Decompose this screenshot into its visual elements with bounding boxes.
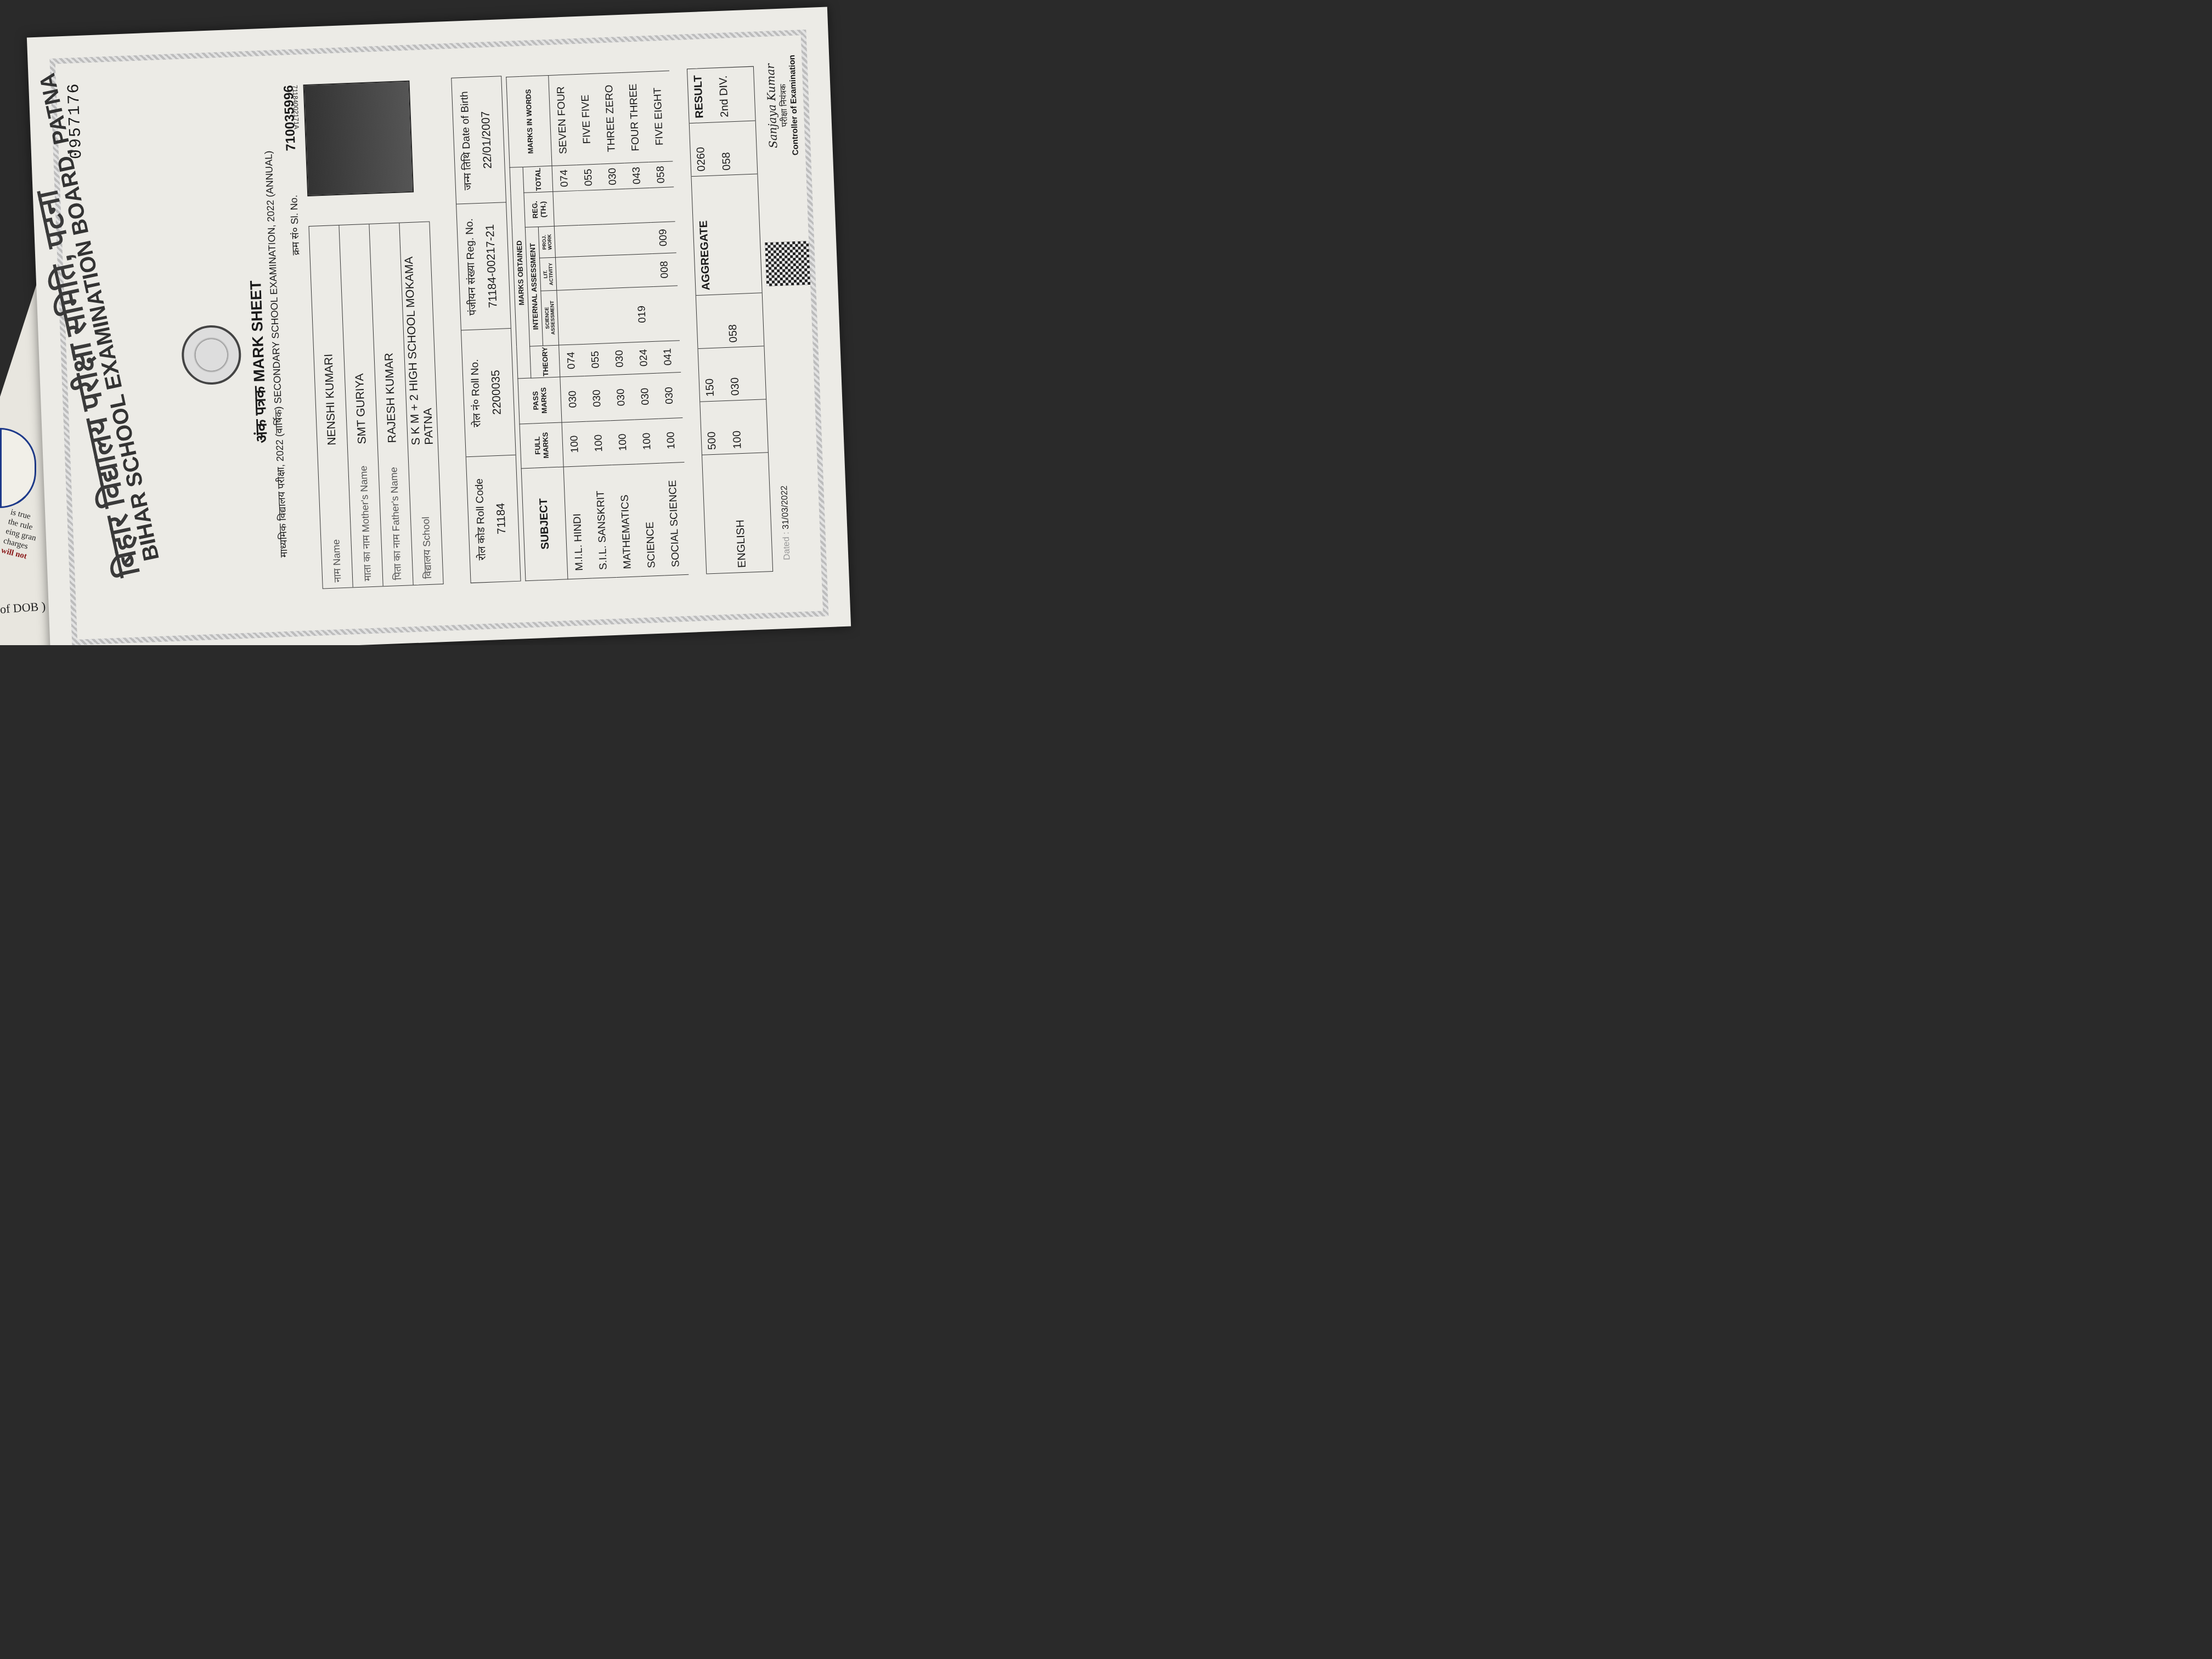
cell-pass: 030 bbox=[584, 375, 610, 421]
date-of-birth: जन्म तिथि Date of Birth22/01/2007 bbox=[452, 76, 506, 204]
cell-words: FIVE EIGHT bbox=[645, 71, 673, 162]
cell-total: 058 bbox=[648, 161, 674, 188]
cell-lit bbox=[604, 255, 629, 288]
cell-full: 100 bbox=[658, 417, 684, 463]
mark-sheet: 0957176 बिहार विद्यालय परीक्षा समिति, पट… bbox=[27, 7, 851, 645]
cell-name: M.I.L. HINDI bbox=[563, 466, 592, 579]
cell-total: 030 bbox=[600, 163, 625, 190]
cell-theory: 030 bbox=[607, 342, 633, 375]
cell-lit bbox=[580, 256, 605, 289]
cell-proj bbox=[627, 222, 652, 255]
cell-sci bbox=[605, 287, 631, 343]
cell-reg bbox=[601, 189, 627, 224]
header-proj: PROJ. WORK bbox=[538, 226, 555, 258]
cell-pass: 030 bbox=[633, 374, 658, 420]
cell-theory: 055 bbox=[583, 343, 608, 376]
cell-words: THREE ZERO bbox=[597, 72, 624, 164]
header-sci-assess: SCIENCE ASSESSMENT bbox=[541, 290, 559, 346]
cell-full: 100 bbox=[562, 421, 588, 467]
english-cell: ENGLISH bbox=[702, 452, 772, 573]
english-theory: 058 bbox=[696, 292, 764, 348]
cell-theory: 024 bbox=[631, 341, 657, 374]
cell-words: FIVE FIVE bbox=[573, 74, 600, 165]
cell-name: S.I.L. SANSKRIT bbox=[588, 465, 617, 579]
cell-name: SCIENCE bbox=[636, 463, 665, 577]
document-content: 0957176 बिहार विद्यालय परीक्षा समिति, पट… bbox=[55, 32, 823, 631]
reg-no: पंजीयन संख्या Reg. No.71184-00217-21 bbox=[456, 202, 511, 330]
cell-reg bbox=[577, 190, 602, 225]
roll-code: रोल कोड Roll Code71184 bbox=[466, 455, 521, 583]
cell-proj bbox=[554, 225, 580, 258]
cell-reg bbox=[553, 191, 579, 226]
aggregate-label: AGGREGATE bbox=[691, 174, 761, 295]
signature-block: Sanjaya Kumar परीक्षा नियंत्रक Controlle… bbox=[763, 55, 800, 157]
cell-words: FOUR THREE bbox=[621, 72, 648, 163]
cell-pass: 030 bbox=[560, 376, 586, 422]
subject-rows: M.I.L. HINDI100030074074SEVEN FOURS.I.L.… bbox=[549, 71, 689, 579]
cell-proj bbox=[603, 223, 628, 256]
header-full-marks: FULL MARKS bbox=[520, 422, 563, 469]
roll-no: रोल नं० Roll No.2200035 bbox=[461, 328, 516, 456]
cell-sci bbox=[653, 285, 680, 341]
cell-total: 043 bbox=[624, 162, 650, 189]
cell-lit: 008 bbox=[652, 253, 678, 286]
header-reg: REG. (TH.) bbox=[524, 192, 554, 228]
cell-full: 100 bbox=[586, 420, 612, 466]
cell-reg bbox=[625, 188, 651, 223]
photo-code: 71184002171A bbox=[291, 84, 301, 129]
cell-name: MATHEMATICS bbox=[612, 464, 641, 578]
agg-total: 0260058 bbox=[690, 121, 758, 177]
cell-total: 074 bbox=[552, 165, 577, 192]
header-marks-in-words: MARKS IN WORDS bbox=[506, 75, 552, 167]
board-seal-icon bbox=[180, 324, 242, 386]
cell-theory: 041 bbox=[656, 340, 681, 373]
cell-pass: 030 bbox=[657, 373, 682, 419]
header-pass-marks: PASS MARKS bbox=[518, 377, 562, 424]
agg-full: 500100 bbox=[700, 399, 768, 455]
cell-name: SOCIAL SCIENCE bbox=[660, 462, 689, 575]
result-value: 2nd DIV. bbox=[717, 75, 731, 117]
cell-sci bbox=[581, 288, 607, 344]
aggregate-section: ENGLISH 500100 150030 058 AGGREGATE 0260… bbox=[687, 66, 773, 574]
student-photo bbox=[303, 81, 414, 196]
cell-sci bbox=[557, 289, 583, 345]
cell-full: 100 bbox=[634, 419, 660, 464]
cell-theory: 074 bbox=[559, 344, 585, 377]
header-lit: LIT. ACTIVITY bbox=[539, 257, 556, 290]
header-theory: THEORY bbox=[530, 345, 560, 379]
cell-words: SEVEN FOUR bbox=[549, 75, 577, 166]
agg-pass: 150030 bbox=[698, 346, 766, 402]
student-info: नाम NameNENSHI KUMARI माता का नाम Mother… bbox=[308, 221, 443, 589]
header-subject: SUBJECT bbox=[521, 467, 568, 581]
cell-lit bbox=[555, 257, 581, 290]
cell-lit bbox=[628, 254, 653, 287]
cell-reg bbox=[650, 187, 675, 222]
cell-sci: 019 bbox=[629, 286, 656, 342]
marks-table: SUBJECT FULL MARKS PASS MARKS MARKS OBTA… bbox=[506, 71, 689, 582]
cell-pass: 030 bbox=[608, 374, 634, 420]
cell-proj: 009 bbox=[651, 222, 676, 254]
result-cell: RESULT2nd DIV. bbox=[687, 67, 755, 123]
cell-total: 055 bbox=[577, 164, 602, 191]
header-total: TOTAL bbox=[523, 166, 553, 193]
dated: Dated : 31/03/2022 bbox=[780, 486, 792, 561]
cell-proj bbox=[579, 224, 604, 257]
qr-code-icon bbox=[765, 241, 810, 286]
cell-full: 100 bbox=[610, 420, 636, 465]
